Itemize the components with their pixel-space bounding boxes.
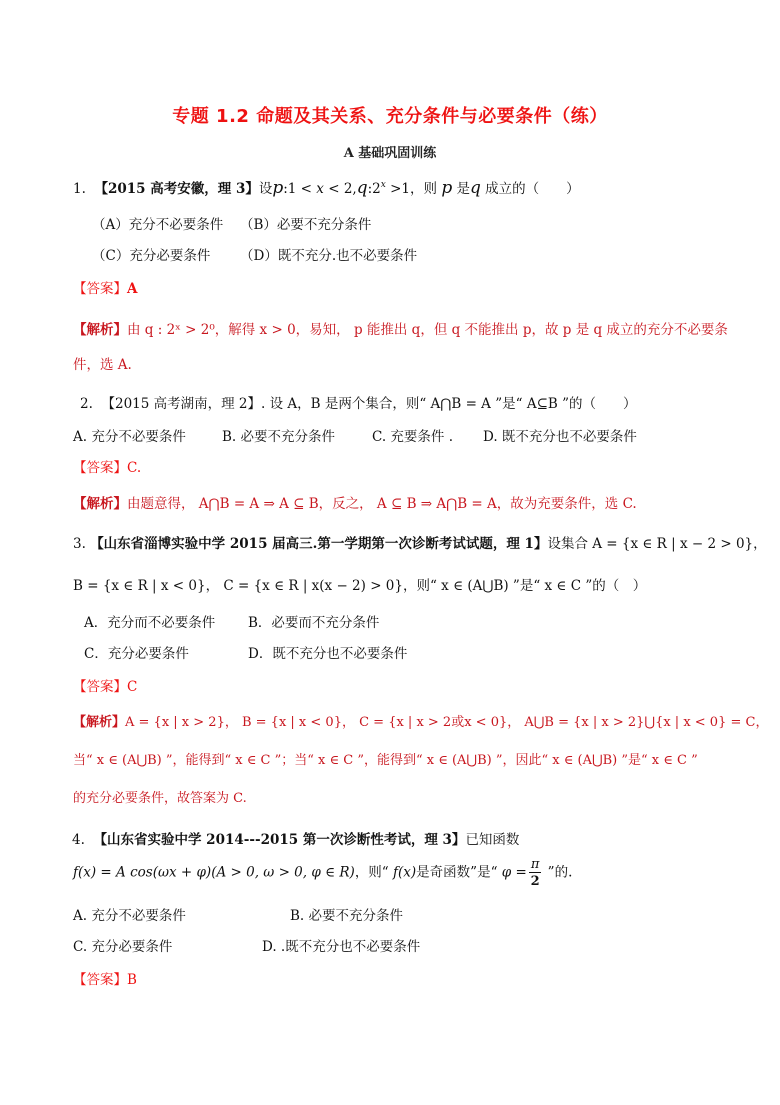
question-3-option-a: A．充分而不必要条件 bbox=[84, 611, 215, 631]
question-4-option-d: D. .既不充分也不必要条件 bbox=[262, 935, 420, 955]
stem-text: ”的. bbox=[543, 865, 572, 881]
analysis-label: 【解析】 bbox=[73, 496, 127, 512]
question-1-option-b: （B）必要不充分条件 bbox=[240, 213, 371, 233]
math-text: < 2, bbox=[324, 181, 357, 197]
analysis-label: 【解析】 bbox=[73, 322, 127, 338]
question-source: 【2015 高考湖南，理 2】 bbox=[101, 396, 261, 412]
math-var: p bbox=[441, 178, 452, 198]
question-4-option-a: A. 充分不必要条件 bbox=[73, 904, 186, 924]
stem-text: 设集合 A = {x ∈ R | x − 2 > 0}， bbox=[547, 536, 766, 552]
question-3-answer: 【答案】C bbox=[73, 675, 137, 695]
question-1-option-c: （C）充分必要条件 bbox=[92, 244, 210, 264]
question-1-analysis-line-2: 件，选 A. bbox=[73, 353, 132, 373]
question-2-option-a: A. 充分不必要条件 bbox=[73, 425, 186, 445]
document-page: 专题 1.2 命题及其关系、充分条件与必要条件（练） A 基础巩固训练 1. 【… bbox=[0, 0, 780, 1105]
question-1-option-a: （A）充分不必要条件 bbox=[92, 213, 223, 233]
fraction: π2 bbox=[529, 858, 542, 888]
stem-text: ，则“ bbox=[355, 865, 393, 881]
question-2-analysis-line-1: 【解析】由题意得， A⋂B = A ⇒ A ⊆ B，反之， A ⊆ B ⇒ A⋂… bbox=[73, 492, 637, 512]
question-2-answer: 【答案】C. bbox=[73, 456, 141, 476]
question-4-stem-line-1: 4. 【山东省实验中学 2014---2015 第一次诊断性考试，理 3】已知函… bbox=[72, 828, 519, 848]
fraction-denominator: 2 bbox=[529, 873, 542, 888]
question-3-option-b: B．必要而不充分条件 bbox=[248, 611, 379, 631]
math-var: p bbox=[272, 178, 283, 198]
answer-value: A bbox=[127, 281, 137, 297]
question-2-option-d: D. 既不充分也不必要条件 bbox=[483, 425, 637, 445]
math-var: q bbox=[357, 178, 368, 198]
stem-text: 设 bbox=[259, 181, 273, 197]
question-source: 【山东省淄博实验中学 2015 届高三.第一学期第一次诊断考试试题，理 1】 bbox=[90, 536, 547, 552]
analysis-text: 由 q : 2ˣ > 2⁰，解得 x > 0，易知， p 能推出 q，但 q 不… bbox=[127, 322, 728, 338]
question-number: 4. bbox=[72, 832, 85, 848]
answer-label: 【答案】 bbox=[73, 972, 127, 988]
answer-value: B bbox=[127, 972, 137, 988]
stem-text: 成立的（ ） bbox=[481, 181, 580, 197]
question-source: 【2015 高考安徽，理 3】 bbox=[94, 181, 258, 197]
math-var: q bbox=[470, 178, 481, 198]
analysis-label: 【解析】 bbox=[73, 715, 125, 730]
analysis-text: A = {x | x > 2}， B = {x | x < 0}， C = {x… bbox=[125, 715, 768, 730]
math-text: :1 < bbox=[283, 181, 316, 197]
question-3-analysis-line-2: 当“ x ∈ (A⋃B) ”，能得到“ x ∈ C ”；当“ x ∈ C ”，能… bbox=[73, 749, 698, 768]
answer-label: 【答案】 bbox=[73, 281, 127, 297]
question-1-answer: 【答案】A bbox=[73, 277, 137, 297]
page-title: 专题 1.2 命题及其关系、充分条件与必要条件（练） bbox=[0, 102, 780, 128]
math-expression: f(x) = A cos(ωx + φ)(A > 0, ω > 0, φ ∈ R… bbox=[73, 865, 355, 881]
question-4-option-b: B. 必要不充分条件 bbox=[290, 904, 403, 924]
question-3-analysis-line-1: 【解析】A = {x | x > 2}， B = {x | x < 0}， C … bbox=[73, 711, 768, 730]
question-3-stem-line-1: 3. 【山东省淄博实验中学 2015 届高三.第一学期第一次诊断考试试题，理 1… bbox=[73, 532, 767, 552]
stem-text: 已知函数 bbox=[465, 832, 519, 848]
question-1-option-d: （D）既不充分.也不必要条件 bbox=[240, 244, 417, 264]
question-2-option-b: B. 必要不充分条件 bbox=[222, 425, 335, 445]
question-source: 【山东省实验中学 2014---2015 第一次诊断性考试，理 3】 bbox=[93, 832, 465, 848]
stem-text: . 设 A，B 是两个集合，则“ A⋂B = A ”是“ A⊆B ”的（ ） bbox=[261, 396, 636, 412]
question-number: 1. bbox=[73, 181, 86, 197]
math-text: :2 bbox=[368, 181, 381, 197]
fraction-numerator: π bbox=[529, 858, 542, 873]
section-heading: A 基础巩固训练 bbox=[0, 142, 780, 161]
question-4-stem-line-2: f(x) = A cos(ωx + φ)(A > 0, ω > 0, φ ∈ R… bbox=[73, 858, 572, 888]
question-1-analysis-line-1: 【解析】由 q : 2ˣ > 2⁰，解得 x > 0，易知， p 能推出 q，但… bbox=[73, 318, 728, 338]
stem-text: 是奇函数”是“ bbox=[416, 865, 502, 881]
question-4-option-c: C. 充分必要条件 bbox=[73, 935, 172, 955]
stem-text: ，则 bbox=[410, 181, 441, 197]
math-text: >1 bbox=[386, 181, 410, 197]
math-var: x bbox=[316, 181, 324, 197]
question-2-stem: 2. 【2015 高考湖南，理 2】. 设 A，B 是两个集合，则“ A⋂B =… bbox=[80, 392, 637, 412]
question-number: 2. bbox=[80, 396, 93, 412]
question-1-stem: 1. 【2015 高考安徽，理 3】设p:1 < x < 2,q:2x >1，则… bbox=[73, 177, 580, 198]
answer-label: 【答案】 bbox=[73, 460, 127, 476]
question-3-option-d: D．既不充分也不必要条件 bbox=[248, 642, 407, 662]
question-3-stem-line-2: B = {x ∈ R | x < 0}， C = {x ∈ R | x(x − … bbox=[73, 574, 646, 594]
stem-text: 是 bbox=[452, 181, 470, 197]
answer-value: C. bbox=[127, 460, 141, 476]
answer-value: C bbox=[127, 679, 137, 695]
question-3-analysis-line-3: 的充分必要条件，故答案为 C. bbox=[73, 787, 247, 806]
question-4-answer: 【答案】B bbox=[73, 968, 137, 988]
answer-label: 【答案】 bbox=[73, 679, 127, 695]
math-expression: φ = bbox=[502, 865, 527, 881]
analysis-text: 由题意得， A⋂B = A ⇒ A ⊆ B，反之， A ⊆ B ⇒ A⋂B = … bbox=[127, 496, 637, 512]
question-number: 3. bbox=[73, 536, 86, 552]
question-3-option-c: C．充分必要条件 bbox=[84, 642, 189, 662]
math-expression: f(x) bbox=[393, 865, 416, 881]
question-2-option-c: C. 充要条件 . bbox=[372, 425, 453, 445]
